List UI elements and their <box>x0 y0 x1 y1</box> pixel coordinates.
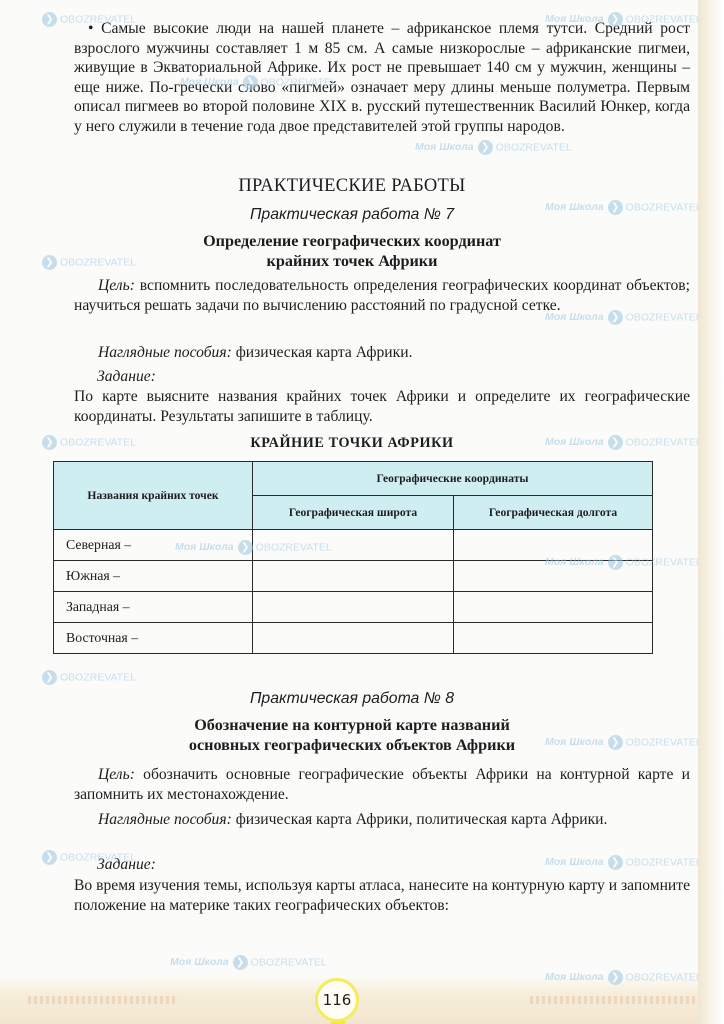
row-label: Южная – <box>54 561 253 592</box>
longitude-cell[interactable] <box>454 530 653 561</box>
watermark-logo-icon: ❯ <box>42 850 57 865</box>
watermark: Моя Школа❯OBOZREVATEL <box>415 140 572 155</box>
work8-aids-text: физическая карта Африки, политическая ка… <box>232 811 608 828</box>
header-longitude: Географическая долгота <box>454 496 653 530</box>
work8-title: Обозначение на контурной карте названий … <box>0 715 704 755</box>
work7-title-line2: крайних точек Африки <box>0 251 704 271</box>
header-latitude: Географическая широта <box>253 496 454 530</box>
work7-goal: Цель: вспомнить последовательность опред… <box>74 276 690 315</box>
footer-rail-left <box>28 996 178 1004</box>
work7-number: Практическая работа № 7 <box>0 206 704 224</box>
table-row: Южная – <box>54 561 653 592</box>
latitude-cell[interactable] <box>253 592 454 623</box>
bullet-icon: • <box>88 20 93 37</box>
section-title: ПРАКТИЧЕСКИЕ РАБОТЫ <box>0 176 704 197</box>
work7-task-text: По карте выясните названия крайних точек… <box>74 387 690 426</box>
work8-goal-text: обозначить основные географические объек… <box>74 766 690 803</box>
row-label: Северная – <box>54 530 253 561</box>
work8-title-line2: основных географических объектов Африки <box>0 735 704 755</box>
header-point-names: Названия крайних точек <box>54 462 253 530</box>
work7-title: Определение географических координат кра… <box>0 231 704 271</box>
work7-goal-text: вспомнить последовательность определения… <box>74 277 690 314</box>
intro-text: Самые высокие люди на нашей планете – аф… <box>74 20 690 135</box>
work8-goal: Цель: обозначить основные географические… <box>74 765 690 804</box>
page-number: 116 <box>315 978 359 1022</box>
work7-task-label: Задание: <box>97 368 156 386</box>
page-edge <box>698 0 724 1024</box>
footer-rail-right <box>530 996 695 1004</box>
work8-number: Практическая работа № 8 <box>0 690 704 708</box>
textbook-page: • Самые высокие люди на нашей планете – … <box>0 0 704 1024</box>
latitude-cell[interactable] <box>253 530 454 561</box>
watermark-logo-icon: ❯ <box>608 855 623 870</box>
work8-task-text: Во время изучения темы, используя карты … <box>74 876 690 915</box>
watermark: Моя Школа❯OBOZREVATEL <box>170 955 327 970</box>
table-row: Восточная – <box>54 623 653 654</box>
work7-aids-label: Наглядные пособия: <box>98 344 232 361</box>
table-title: КРАЙНИЕ ТОЧКИ АФРИКИ <box>0 435 704 452</box>
work8-goal-label: Цель: <box>98 766 135 783</box>
latitude-cell[interactable] <box>253 623 454 654</box>
longitude-cell[interactable] <box>454 592 653 623</box>
watermark-logo-icon: ❯ <box>42 670 57 685</box>
watermark-logo-icon: ❯ <box>42 12 57 27</box>
longitude-cell[interactable] <box>454 623 653 654</box>
work8-task-label: Задание: <box>97 856 156 874</box>
work8-title-line1: Обозначение на контурной карте названий <box>0 715 704 735</box>
work7-title-line1: Определение географических координат <box>0 231 704 251</box>
extreme-points-table: Названия крайних точек Географические ко… <box>53 461 653 654</box>
longitude-cell[interactable] <box>454 561 653 592</box>
watermark-logo-icon: ❯ <box>478 140 493 155</box>
table-row: Западная – <box>54 592 653 623</box>
work7-aids-text: физическая карта Африки. <box>232 344 413 361</box>
work7-goal-label: Цель: <box>98 277 135 294</box>
intro-paragraph: • Самые высокие люди на нашей планете – … <box>74 19 690 137</box>
work8-aids-label: Наглядные пособия: <box>98 811 232 828</box>
header-coordinates: Географические координаты <box>253 462 653 496</box>
work8-aids: Наглядные пособия: физическая карта Афри… <box>74 810 690 830</box>
row-label: Восточная – <box>54 623 253 654</box>
watermark-logo-icon: ❯ <box>233 955 248 970</box>
work7-aids: Наглядные пособия: физическая карта Афри… <box>74 343 690 363</box>
row-label: Западная – <box>54 592 253 623</box>
watermark: Моя Школа❯OBOZREVATEL <box>545 855 702 870</box>
table-row: Северная – <box>54 530 653 561</box>
latitude-cell[interactable] <box>253 561 454 592</box>
watermark: ❯OBOZREVATEL <box>42 670 136 685</box>
